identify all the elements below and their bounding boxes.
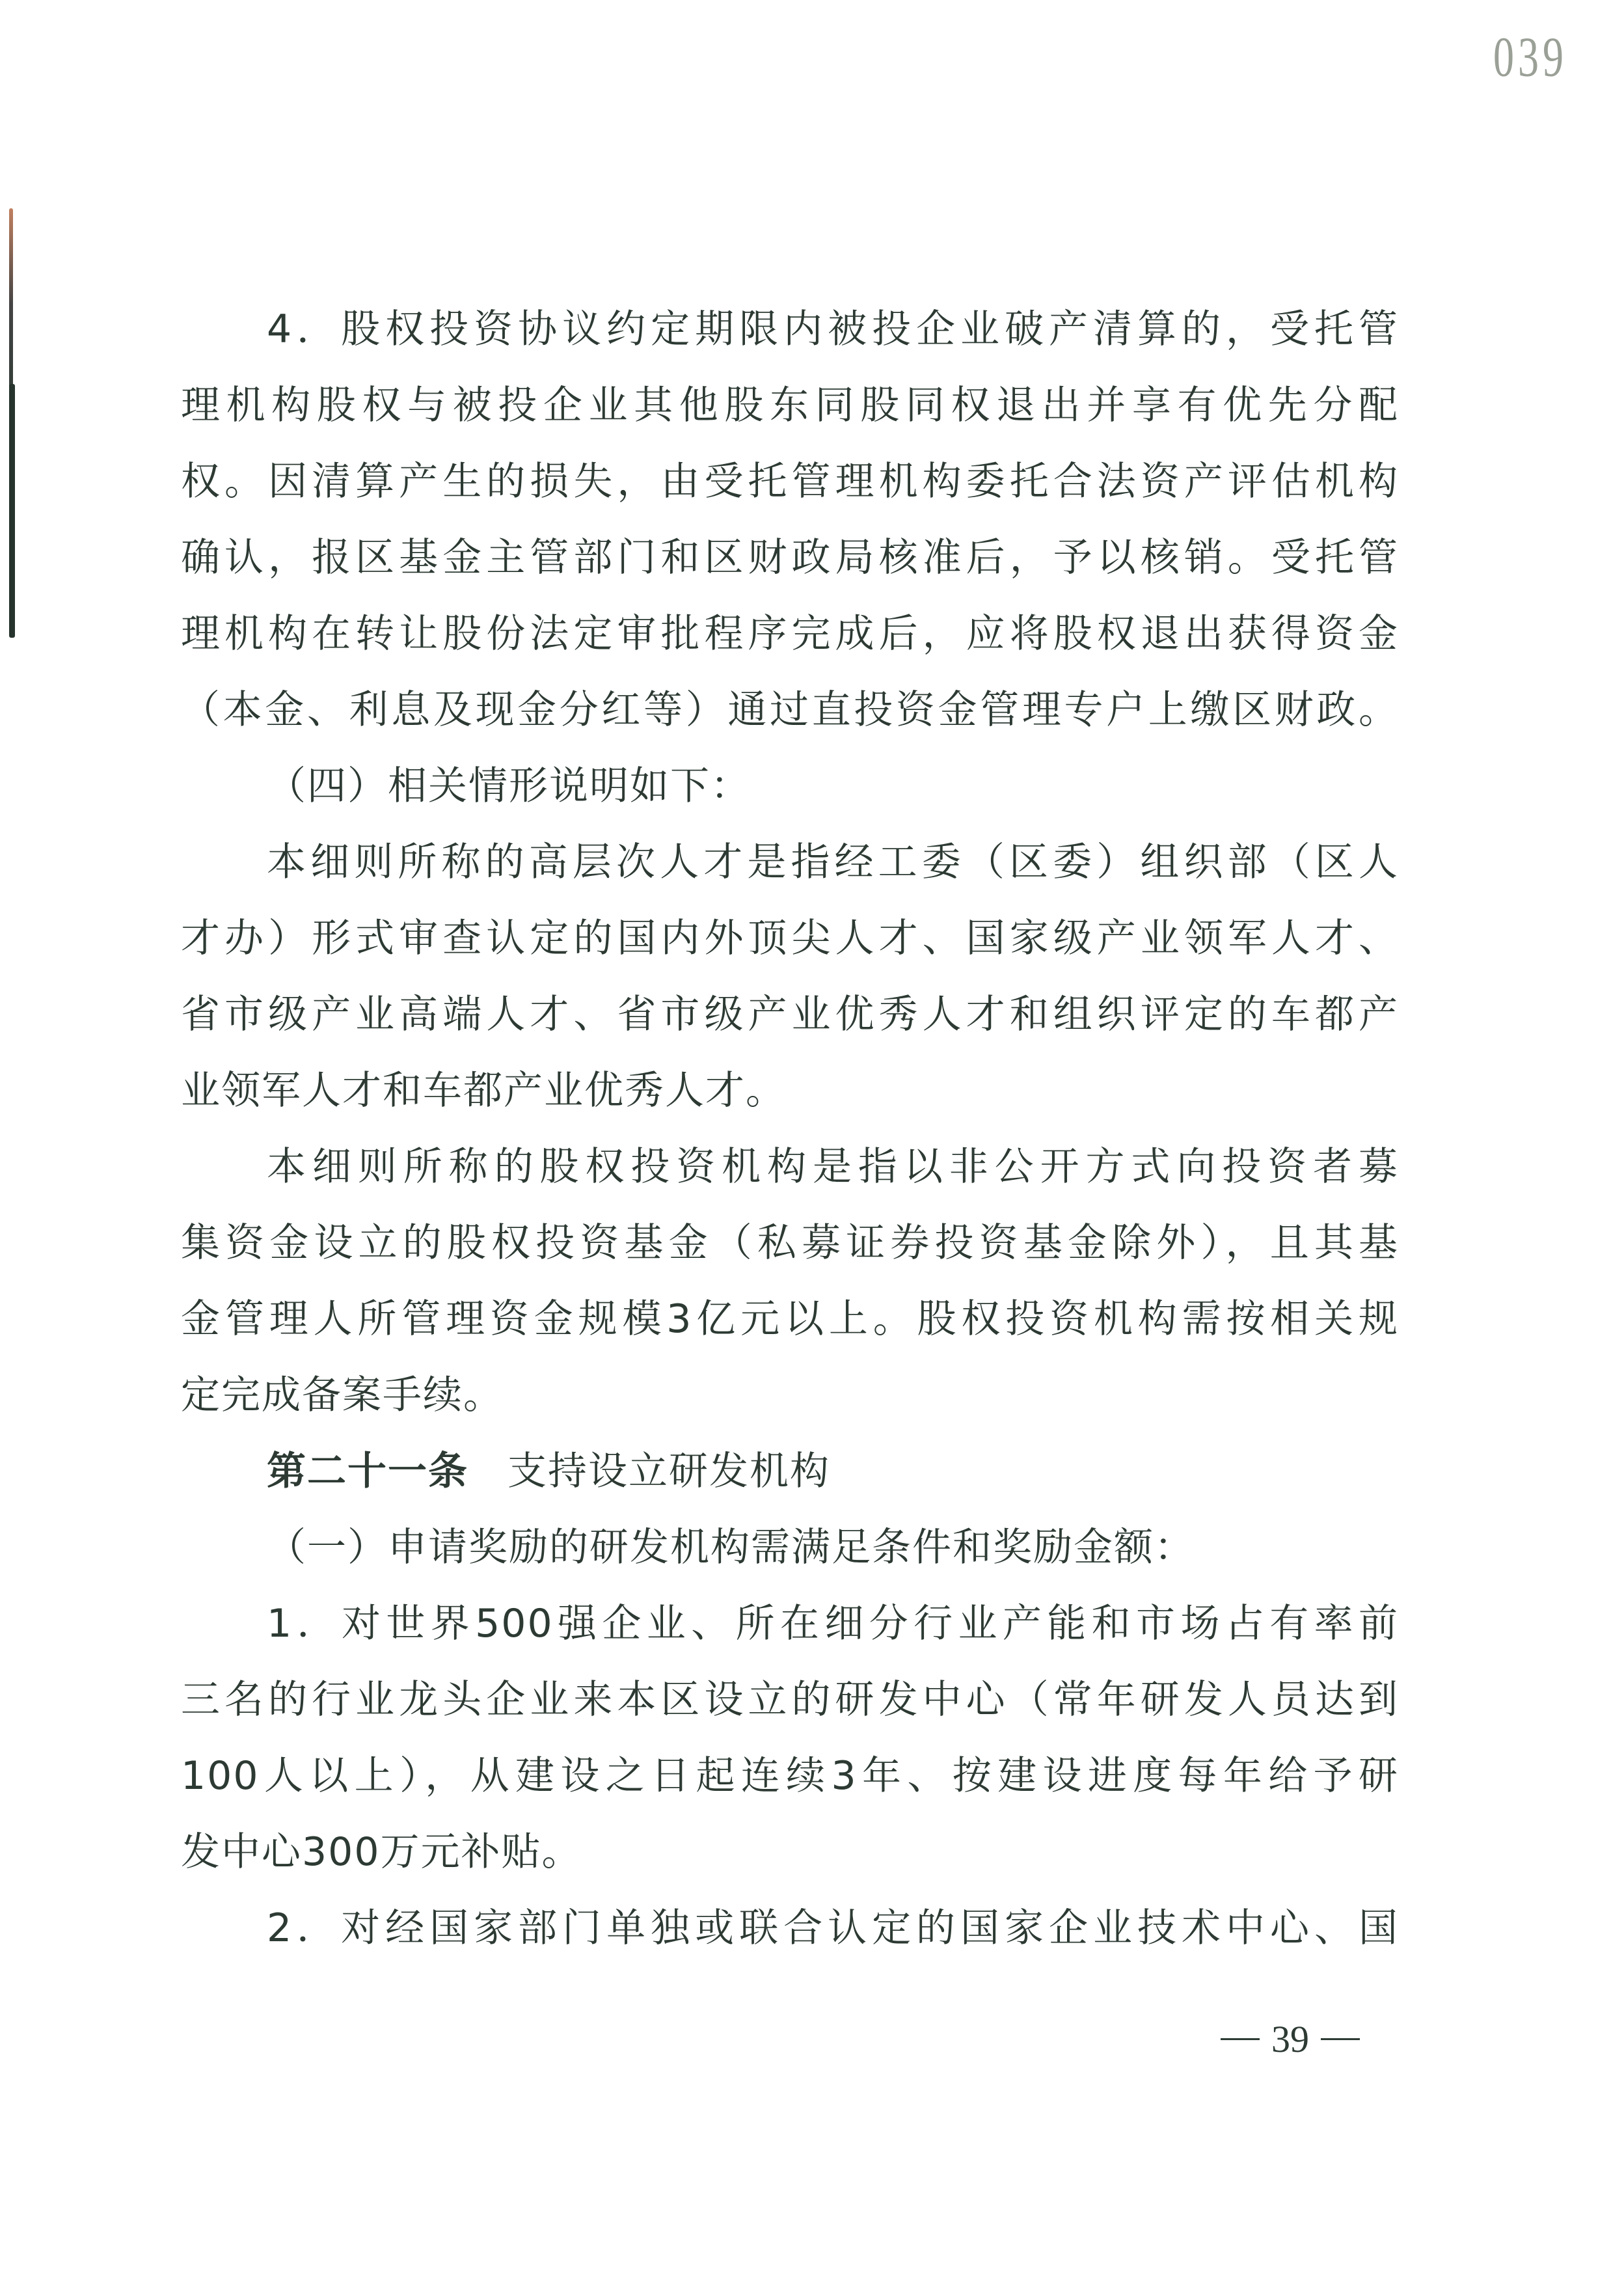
binding-edge-mark-dark <box>9 384 15 638</box>
paragraph-line: 定完成备案手续。 <box>181 1357 1399 1434</box>
paragraph-line: 三名的行业龙头企业来本区设立的研发中心（常年研发人员达到 <box>181 1662 1399 1738</box>
section-heading: （四）相关情形说明如下： <box>181 748 1399 825</box>
paragraph-line: （本金、利息及现金分红等）通过直投资金管理专户上缴区财政。 <box>181 672 1399 748</box>
paragraph-line: 金管理人所管理资金规模3亿元以上。股权投资机构需按相关规 <box>181 1281 1399 1357</box>
archive-stamp-number: 039 <box>1493 25 1567 90</box>
paragraph-line: 理机构在转让股份法定审批程序完成后，应将股权退出获得资金 <box>181 596 1399 672</box>
paragraph-line: 确认，报区基金主管部门和区财政局核准后，予以核销。受托管 <box>181 520 1399 596</box>
page-number: 39 <box>1271 2017 1309 2061</box>
page-footer: 39 <box>1221 2017 1360 2061</box>
article-title: 支持设立研发机构 <box>507 1449 830 1494</box>
paragraph-line: 4．股权投资协议约定期限内被投企业破产清算的，受托管 <box>181 292 1399 368</box>
paragraph-line: 100人以上），从建设之日起连续3年、按建设进度每年给予研 <box>181 1738 1399 1814</box>
paragraph-line: 本细则所称的股权投资机构是指以非公开方式向投资者募 <box>181 1129 1399 1205</box>
paragraph-line: 业领军人才和车都产业优秀人才。 <box>181 1053 1399 1129</box>
footer-dash-left <box>1221 2038 1260 2040</box>
paragraph-line: 本细则所称的高层次人才是指经工委（区委）组织部（区人 <box>181 825 1399 901</box>
section-heading: （一）申请奖励的研发机构需满足条件和奖励金额： <box>181 1510 1399 1586</box>
paragraph-line: 2．对经国家部门单独或联合认定的国家企业技术中心、国 <box>181 1890 1399 1967</box>
paragraph-line: 1．对世界500强企业、所在细分行业产能和市场占有率前 <box>181 1586 1399 1662</box>
paragraph-line: 权。因清算产生的损失，由受托管理机构委托合法资产评估机构 <box>181 444 1399 520</box>
article-heading: 第二十一条支持设立研发机构 <box>181 1434 1399 1510</box>
document-body: 4．股权投资协议约定期限内被投企业破产清算的，受托管 理机构股权与被投企业其他股… <box>181 292 1399 1967</box>
paragraph-line: 省市级产业高端人才、省市级产业优秀人才和组织评定的车都产 <box>181 977 1399 1053</box>
article-number: 第二十一条 <box>267 1449 468 1494</box>
paragraph-line: 理机构股权与被投企业其他股东同股同权退出并享有优先分配 <box>181 368 1399 444</box>
paragraph-line: 发中心300万元补贴。 <box>181 1814 1399 1890</box>
paragraph-line: 集资金设立的股权投资基金（私募证券投资基金除外），且其基 <box>181 1205 1399 1281</box>
paragraph-line: 才办）形式审查认定的国内外顶尖人才、国家级产业领军人才、 <box>181 901 1399 977</box>
footer-dash-right <box>1321 2038 1360 2040</box>
